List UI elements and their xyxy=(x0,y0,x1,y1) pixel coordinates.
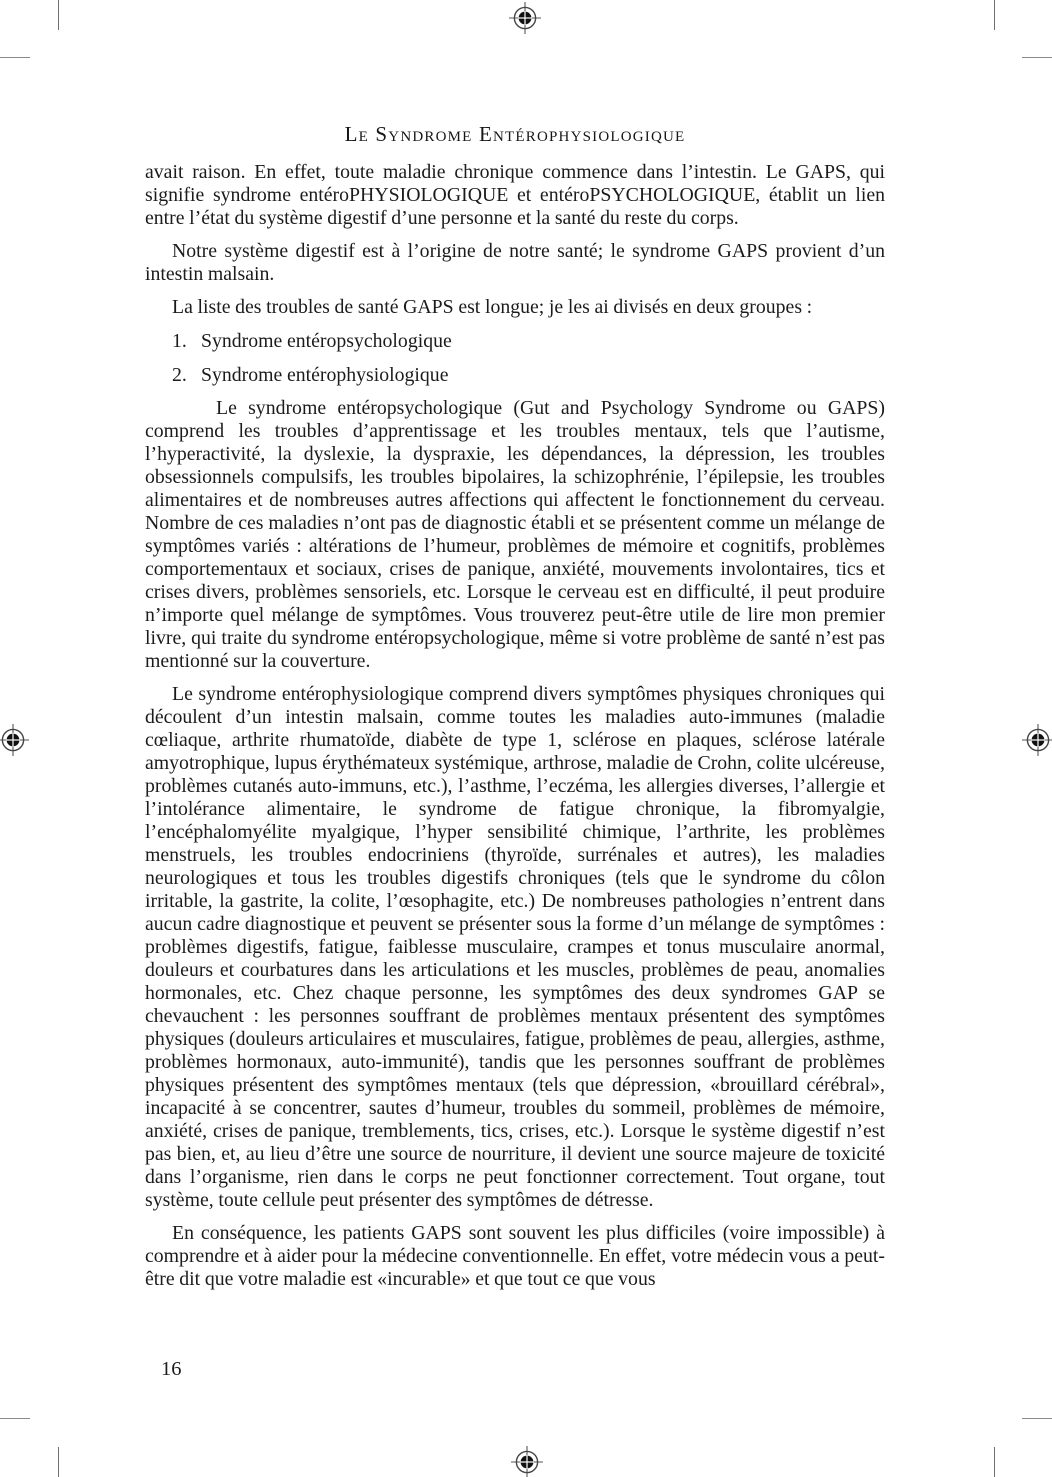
paragraph: La liste des troubles de santé GAPS est … xyxy=(145,296,885,319)
crop-mark xyxy=(58,1447,59,1477)
crop-mark xyxy=(994,0,995,30)
paragraph: Le syndrome entéropsychologique (Gut and… xyxy=(145,397,885,673)
paragraph: Le syndrome entérophysiologique comprend… xyxy=(145,683,885,1212)
list-item-label: Syndrome entérophysiologique xyxy=(201,364,448,386)
list-item-number: 2. xyxy=(172,364,201,387)
paragraph-continuation: avait raison. En effet, toute maladie ch… xyxy=(145,161,885,230)
list-item-number: 1. xyxy=(172,330,201,353)
paragraph: En conséquence, les patients GAPS sont s… xyxy=(145,1222,885,1291)
crop-mark xyxy=(0,57,30,58)
paragraph: Notre système digestif est à l’origine d… xyxy=(145,240,885,286)
syndrome-list: 1.Syndrome entéropsychologique 2.Syndrom… xyxy=(145,330,885,387)
registration-mark-icon xyxy=(509,1444,545,1477)
crop-mark xyxy=(994,1447,995,1477)
body-text: avait raison. En effet, toute maladie ch… xyxy=(145,161,885,1291)
book-page: Le Syndrome Entérophysiologique avait ra… xyxy=(0,0,1052,1477)
crop-mark xyxy=(58,0,59,30)
running-header: Le Syndrome Entérophysiologique xyxy=(145,122,885,147)
list-item: 2.Syndrome entérophysiologique xyxy=(145,364,885,387)
page-number: 16 xyxy=(161,1358,182,1381)
registration-mark-icon xyxy=(0,722,31,758)
crop-mark xyxy=(1022,57,1052,58)
registration-mark-icon xyxy=(1020,722,1052,758)
list-item: 1.Syndrome entéropsychologique xyxy=(145,330,885,353)
registration-mark-icon xyxy=(507,0,543,36)
crop-mark xyxy=(0,1418,30,1419)
crop-mark xyxy=(1022,1418,1052,1419)
list-item-label: Syndrome entéropsychologique xyxy=(201,330,452,352)
